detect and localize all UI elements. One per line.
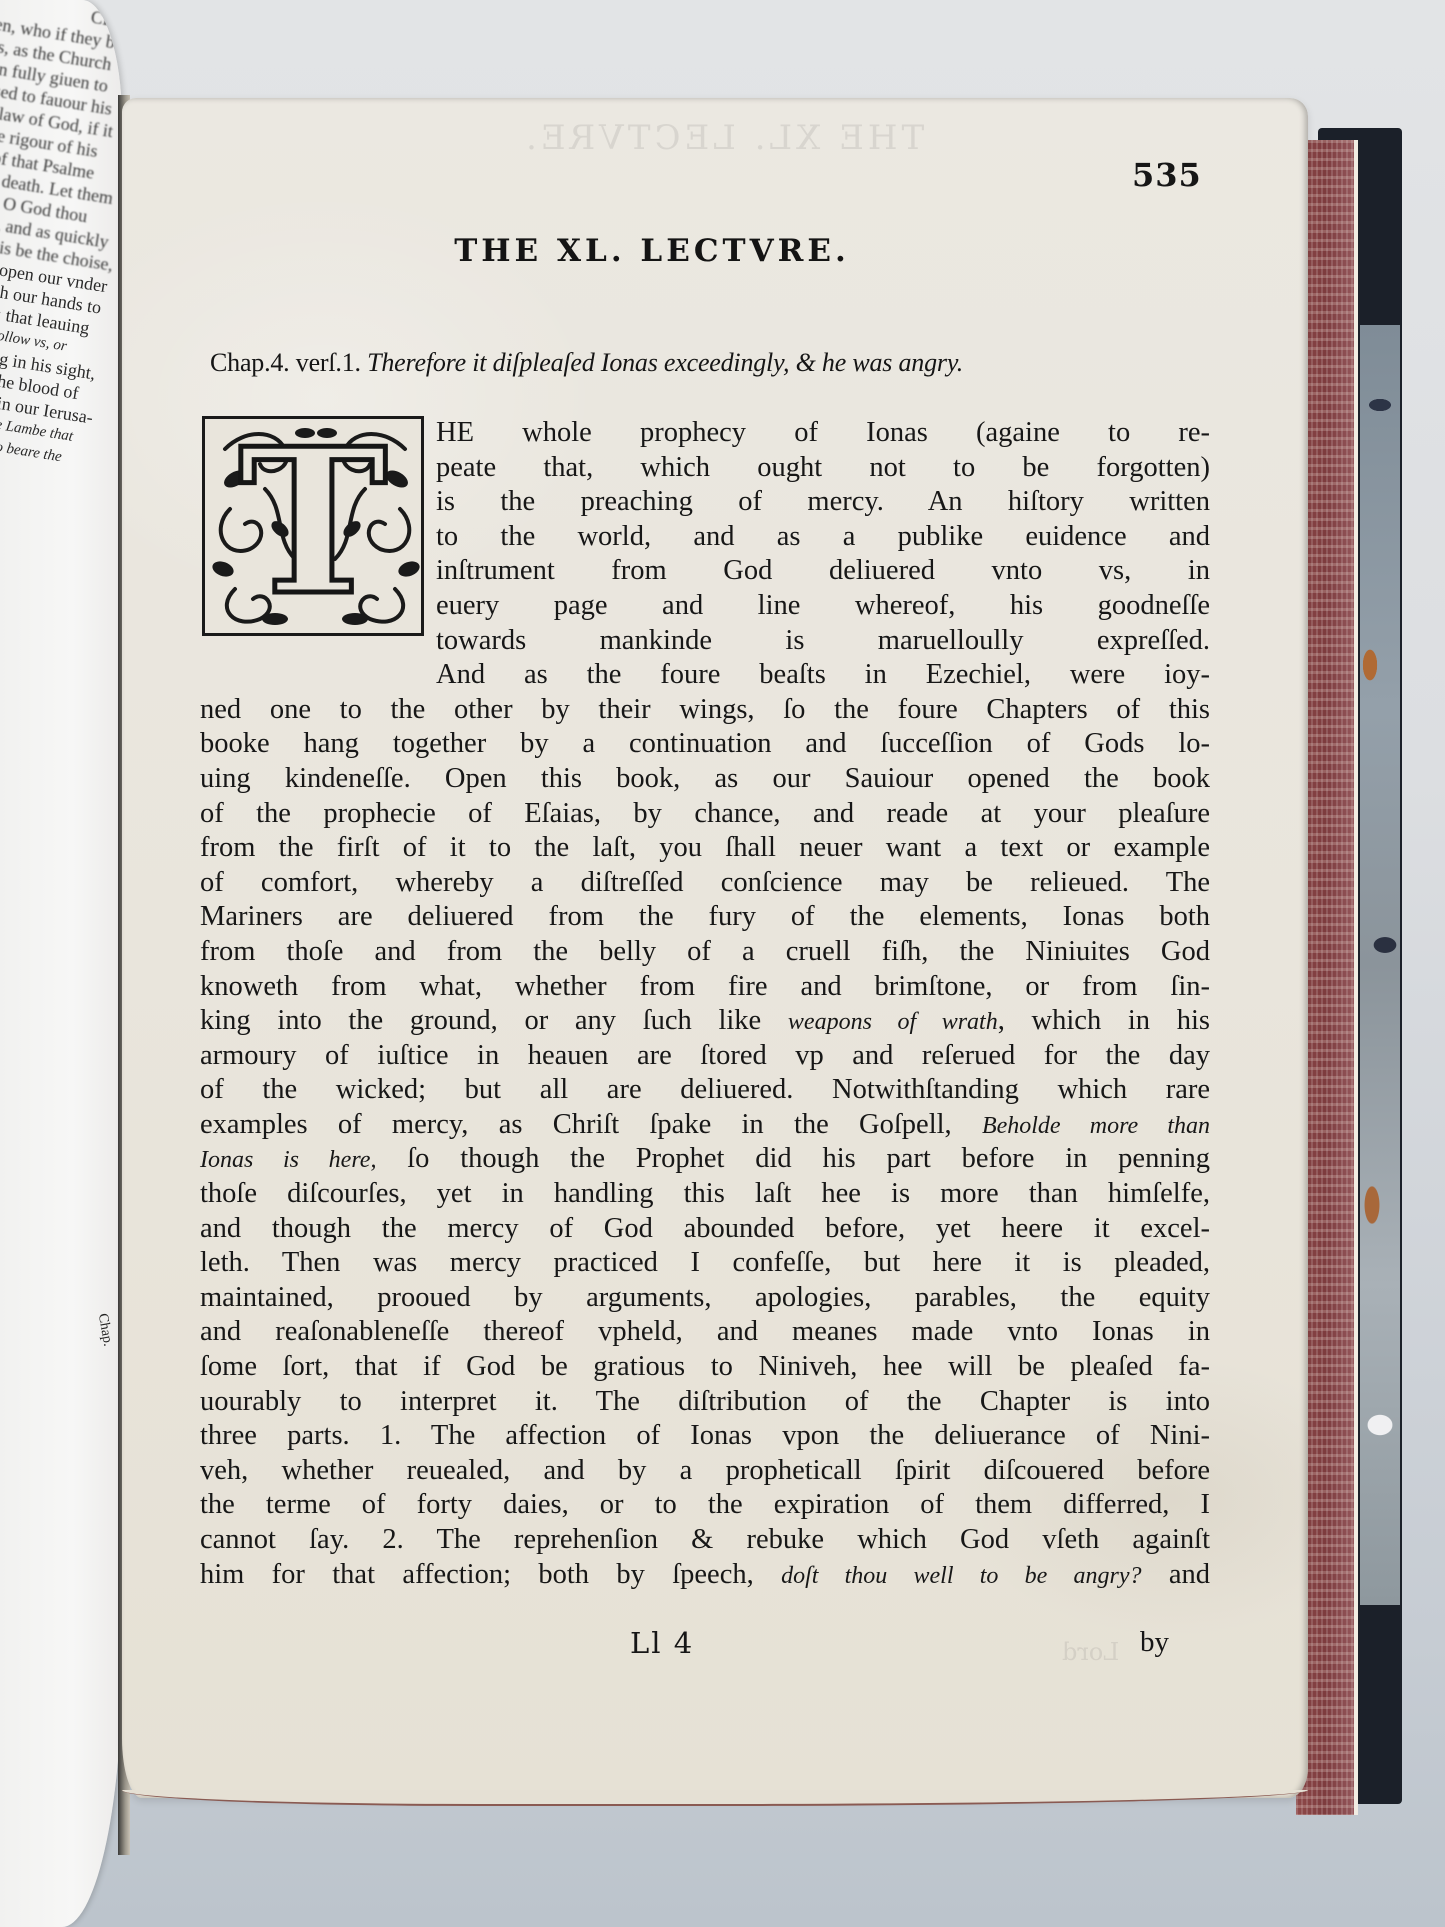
body-line: leth. Then was mercy practiced I confeſſ… <box>200 1246 1210 1281</box>
left-facing-page: CE.en, who if they bes, as the Churchin … <box>0 0 122 1927</box>
body-line: armoury of iuſtice in heauen are ſtored … <box>200 1039 1210 1074</box>
left-page-catchword: Chap. <box>94 1312 115 1347</box>
recto-page: THE XL. LECTVRE. Lord 535 THE XL. LECTVR… <box>122 98 1308 1798</box>
body-line: thoſe diſcourſes, yet in handling this l… <box>200 1177 1210 1212</box>
body-line: of the wicked; but all are deliuered. No… <box>200 1073 1210 1108</box>
body-line: is the preaching of mercy. An hiſtory wr… <box>436 485 1210 520</box>
body-line: from thoſe and from the belly of a cruel… <box>200 935 1210 970</box>
body-line: peate that, which ought not to be forgot… <box>436 451 1210 486</box>
signature-mark: Ll 4 <box>630 1626 694 1660</box>
body-line: ned one to the other by their wings, ſo … <box>200 693 1210 728</box>
body-line: him for that affection; both by ſpeech, … <box>200 1558 1210 1593</box>
body-line: booke hang together by a continuation an… <box>200 727 1210 762</box>
page-bottom-edge <box>122 1790 1308 1806</box>
body-line: knoweth from what, whether from fire and… <box>200 970 1210 1005</box>
body-line: king into the ground, or any ſuch like w… <box>200 1004 1210 1039</box>
body-line: uourably to interpret it. The diſtributi… <box>200 1385 1210 1420</box>
body-line: and though the mercy of God abounded bef… <box>200 1212 1210 1247</box>
body-line: maintained, prooued by arguments, apolog… <box>200 1281 1210 1316</box>
verse-reference: Chap.4. verſ.1. <box>210 348 361 377</box>
verse-text: Therefore it diſpleaſed Ionas exceedingl… <box>367 348 963 377</box>
drop-cap-letter: T <box>239 423 388 623</box>
body-line: to the world, and as a publike euidence … <box>436 520 1210 555</box>
verse-heading: Chap.4. verſ.1. Therefore it diſpleaſed … <box>210 348 1210 378</box>
body-line: euery page and line whereof, his goodneſ… <box>436 589 1210 624</box>
page-number: 535 <box>1132 156 1202 194</box>
left-page-text: CE.en, who if they bes, as the Churchin … <box>0 0 120 466</box>
body-line: of comfort, whereby a diſtreſſed conſcie… <box>200 866 1210 901</box>
body-line: three parts. 1. The affection of Ionas v… <box>200 1419 1210 1454</box>
body-line: from the firſt of it to the laſt, you ſh… <box>200 831 1210 866</box>
body-line: veh, whether reuealed, and by a propheti… <box>200 1454 1210 1489</box>
body-line: ſome ſort, that if God be gratious to Ni… <box>200 1350 1210 1385</box>
showthrough-head: THE XL. LECTVRE. <box>522 118 924 158</box>
body-line: examples of mercy, as Chriſt ſpake in th… <box>200 1108 1210 1143</box>
body-line: Ionas is here, ſo though the Prophet did… <box>200 1142 1210 1177</box>
body-line: of the prophecie of Eſaias, by chance, a… <box>200 797 1210 832</box>
body-line: towards mankinde is maruelloully expreſſ… <box>436 624 1210 659</box>
body-line: cannot ſay. 2. The reprehenſion & rebuke… <box>200 1523 1210 1558</box>
body-line: uing kindeneſſe. Open this book, as our … <box>200 762 1210 797</box>
body-line: inſtrument from God deliuered vnto vs, i… <box>436 554 1210 589</box>
running-head: THE XL. LECTVRE. <box>122 233 1182 269</box>
body-line: And as the foure beaſts in Ezechiel, wer… <box>436 658 1210 693</box>
catchword: by <box>1140 1626 1169 1659</box>
ornamental-initial: T <box>202 416 424 636</box>
showthrough-foot: Lord <box>1062 1638 1119 1666</box>
body-line: and reaſonableneſſe thereof vpheld, and … <box>200 1315 1210 1350</box>
body-line: HE whole prophecy of Ionas (againe to re… <box>436 416 1210 451</box>
marbled-endpaper <box>1360 325 1400 1605</box>
body-line: the terme of forty daies, or to the expi… <box>200 1488 1210 1523</box>
body-line: Mariners are deliuered from the fury of … <box>200 900 1210 935</box>
